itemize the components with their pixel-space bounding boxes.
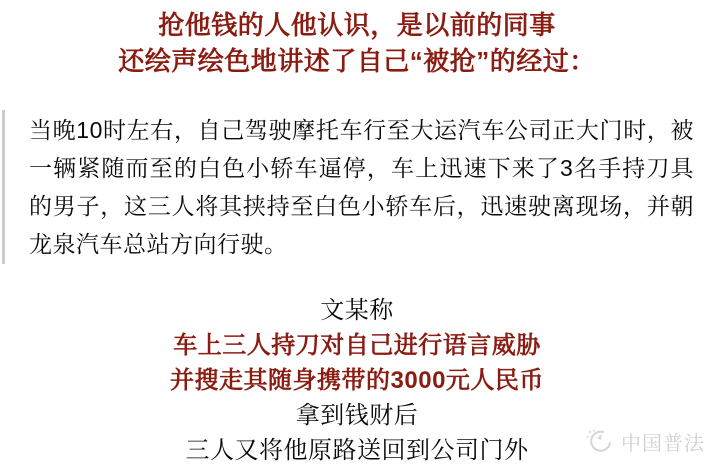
quote-text: 当晚10时左右，自己驾驶摩托车行至大运汽车公司正大门时，被一辆紧随而至的白色小轿… xyxy=(29,111,694,263)
article-page: 抢他钱的人他认识，是以前的同事 还绘声绘色地讲述了自己“被抢”的经过： 当晚10… xyxy=(0,0,714,465)
statement-intro: 文某称 xyxy=(0,293,714,328)
watermark: 中国普法 xyxy=(584,427,705,456)
headline-line-1: 抢他钱的人他认识，是以前的同事 xyxy=(0,7,714,43)
headline-line-2: 还绘声绘色地讲述了自己“被抢”的经过： xyxy=(0,43,714,79)
watermark-label: 中国普法 xyxy=(621,427,705,456)
statement-claim-2: 并搜走其随身携带的3000元人民币 xyxy=(0,363,714,398)
statement-claim-1: 车上三人持刀对自己进行语言威胁 xyxy=(0,328,714,363)
quote-block: 当晚10时左右，自己驾驶摩托车行至大运汽车公司正大门时，被一辆紧随而至的白色小轿… xyxy=(2,110,714,264)
headline: 抢他钱的人他认识，是以前的同事 还绘声绘色地讲述了自己“被抢”的经过： xyxy=(0,0,714,79)
pufa-dove-logo-icon xyxy=(584,428,616,456)
